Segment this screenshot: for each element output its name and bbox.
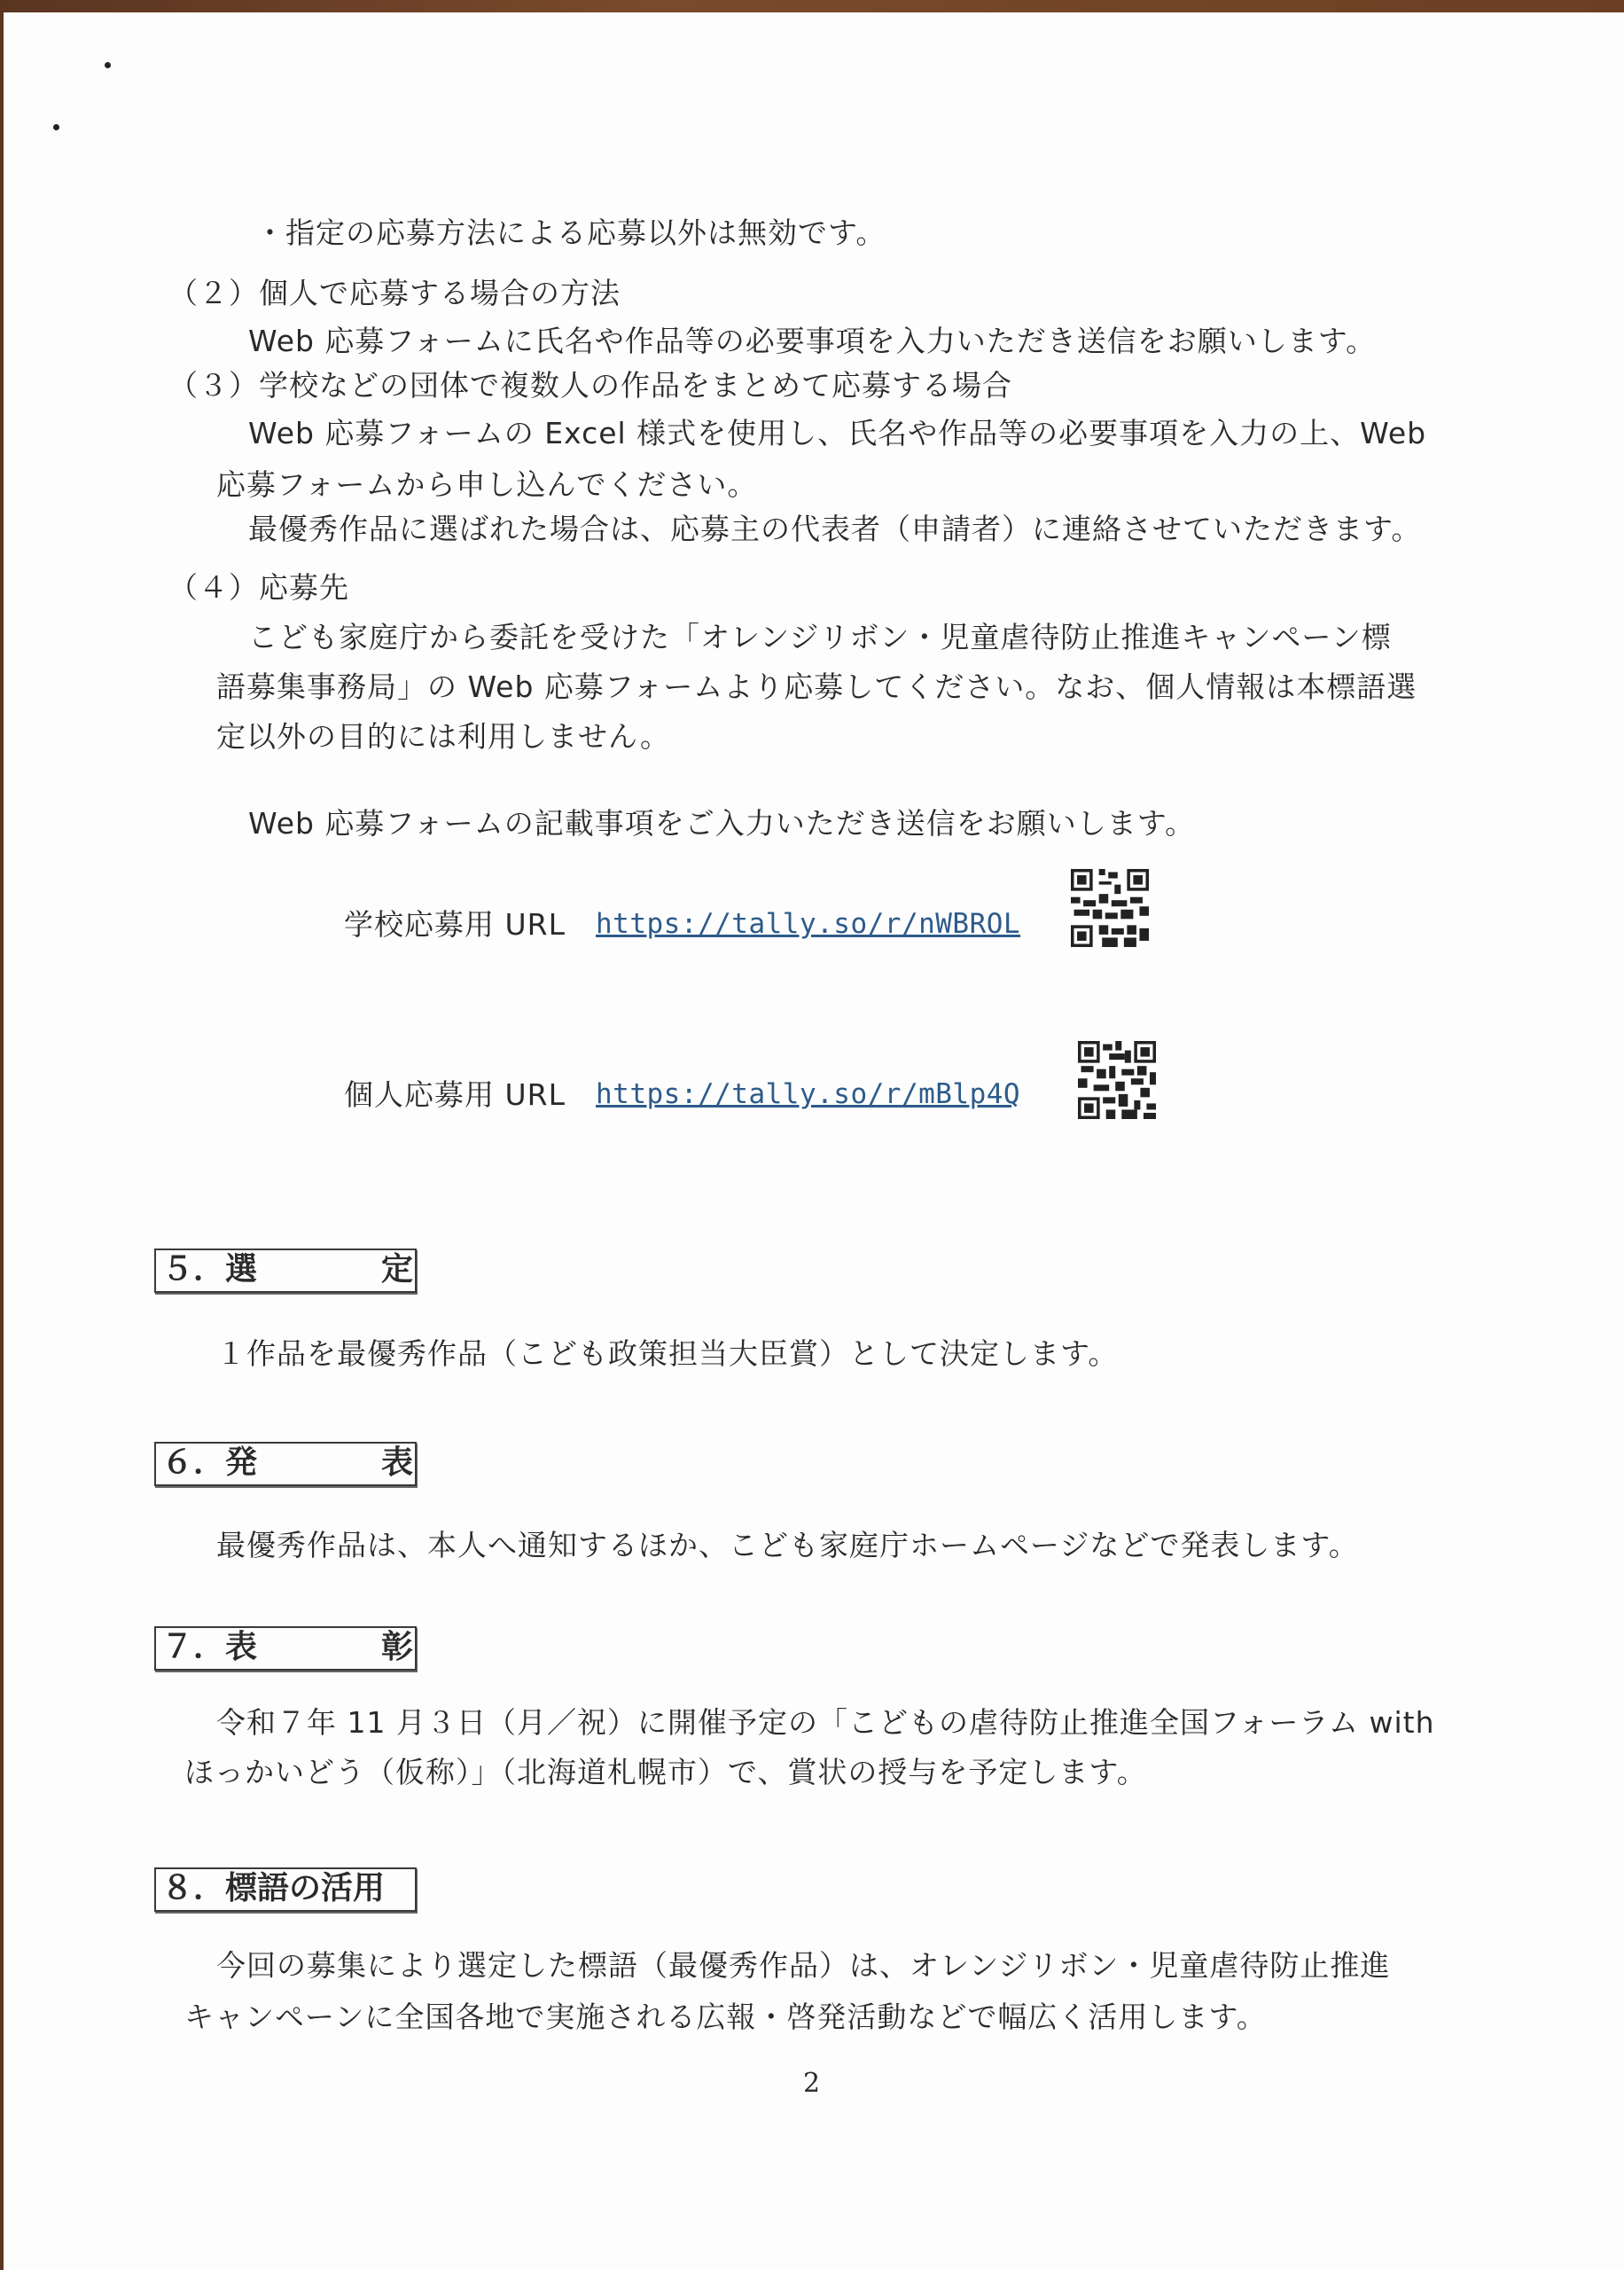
subsection-3-line: Web 応募フォームの Excel 様式を使用し、氏名や作品等の必要事項を入力の… [248,419,1426,448]
section-title: 彰 [381,1628,413,1669]
section-title: 選 [225,1251,257,1288]
section-heading-8: ８．標語の活用 [154,1867,417,1912]
subsection-3-line: 応募フォームから申し込んでください。 [216,470,757,499]
punch-dot [53,124,59,130]
school-url-label: 学校応募用 URL [344,910,566,939]
document-page: ・指定の応募方法による応募以外は無効です。 （２）個人で応募する場合の方法 We… [4,12,1624,2270]
section-number: ５． [161,1251,225,1288]
section-8-text: 今回の募集により選定した標語（最優秀作品）は、オレンジリボン・児童虐待防止推進 [216,1951,1390,1980]
section-title: 表 [381,1444,413,1484]
page-number: 2 [803,2068,820,2099]
section-title: 表 [225,1629,257,1665]
subsection-heading-2: （２）個人で応募する場合の方法 [168,278,621,308]
intro-bullet: ・指定の応募方法による応募以外は無効です。 [255,218,886,247]
section-title: 発 [225,1444,257,1481]
individual-url-link[interactable]: https://tally.so/r/mBlp4Q [596,1078,1020,1110]
qr-code-icon [1078,1041,1156,1119]
section-6-text: 最優秀作品は、本人へ通知するほか、こども家庭庁ホームページなどで発表します。 [216,1530,1359,1560]
subsection-heading-3: （３）学校などの団体で複数人の作品をまとめて応募する場合 [168,371,1012,400]
section-number: ７． [161,1629,225,1665]
subsection-4-line: 語募集事務局」の Web 応募フォームより応募してください。なお、個人情報は本標… [216,672,1417,701]
section-heading-5: ５．選 定 [154,1248,417,1293]
section-title: 定 [381,1250,413,1291]
section-7-text: 令和７年 11 月３日（月／祝）に開催予定の「こどもの虐待防止推進全国フォーラム… [216,1708,1435,1737]
qr-code-icon [1071,869,1149,947]
section-number: ８． [161,1870,225,1906]
section-title: 標語の活用 [225,1870,385,1906]
section-7-text: ほっかいどう（仮称）」（北海道札幌市）で、賞状の授与を予定します。 [184,1757,1147,1787]
subsection-3-line: 最優秀作品に選ばれた場合は、応募主の代表者（申請者）に連絡させていただきます。 [248,514,1421,544]
section-heading-6: ６．発 表 [154,1442,417,1486]
subsection-2-line: Web 応募フォームに氏名や作品等の必要事項を入力いただき送信をお願いします。 [248,326,1376,356]
section-heading-7: ７．表 彰 [154,1626,417,1671]
subsection-4-line: 定以外の目的には利用しません。 [216,722,670,751]
section-8-text: キャンペーンに全国各地で実施される広報・啓発活動などで幅広く活用します。 [184,2002,1267,2031]
school-url-link[interactable]: https://tally.so/r/nWBROL [596,908,1020,940]
section-number: ６． [161,1444,225,1481]
punch-dot [105,62,111,68]
individual-url-label: 個人応募用 URL [344,1080,566,1109]
subsection-4-line: こども家庭庁から委託を受けた「オレンジリボン・児童虐待防止推進キャンペーン標 [248,622,1392,652]
subsection-heading-4: （４）応募先 [168,573,349,602]
section-5-text: １作品を最優秀作品（こども政策担当大臣賞）として決定します。 [216,1339,1118,1368]
subsection-4-line: Web 応募フォームの記載事項をご入力いただき送信をお願いします。 [248,809,1195,838]
